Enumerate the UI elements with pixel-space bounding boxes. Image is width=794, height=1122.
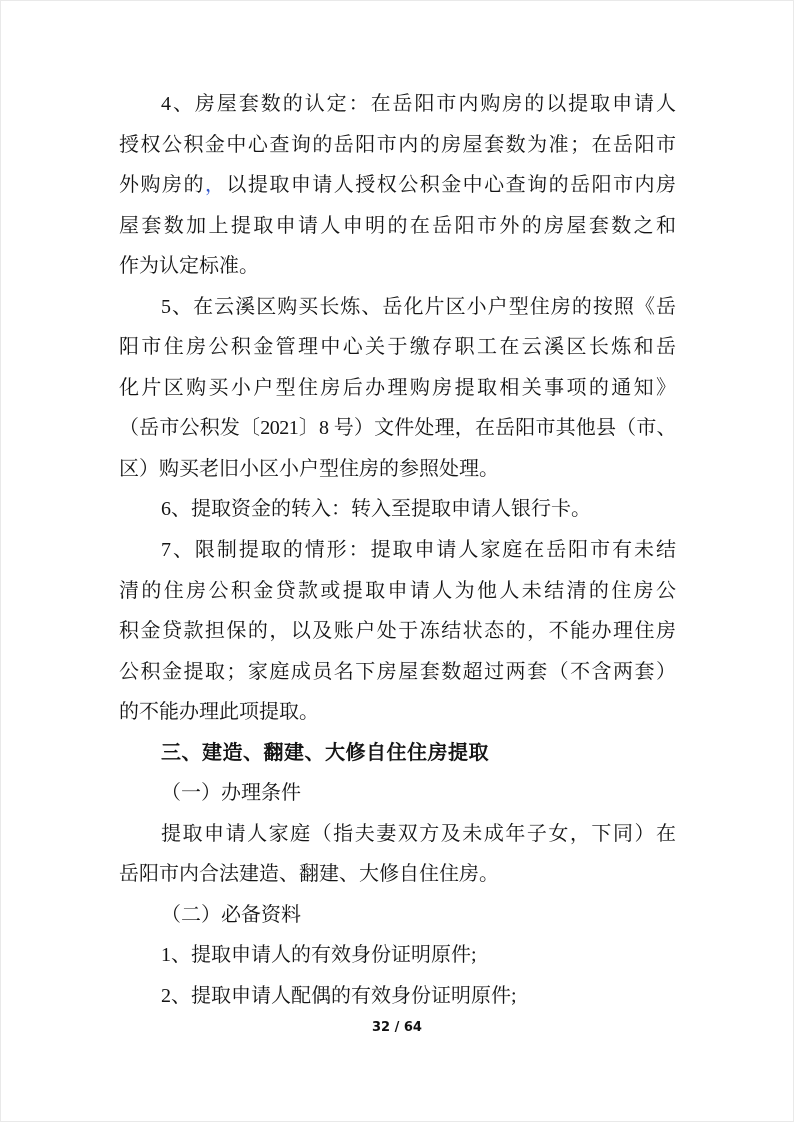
text-line: 4、房屋套数的认定：在岳阳市内购房的以提取申请人 (119, 84, 676, 125)
text-segment: 外购房的 (119, 174, 205, 196)
section-heading-line: 三、建造、翻建、大修自住住房提取 (119, 733, 676, 774)
text-line: 清的住房公积金贷款或提取申请人为他人未结清的住房公 (119, 571, 676, 612)
text-line: 1、提取申请人的有效身份证明原件; (119, 935, 676, 976)
text-line: 化片区购买小户型住房后办理购房提取相关事项的通知》 (119, 368, 676, 409)
text-line: 授权公积金中心查询的岳阳市内的房屋套数为准；在岳阳市 (119, 125, 676, 166)
text-line: （一）办理条件 (119, 773, 676, 814)
text-line: 区）购买老旧小区小户型住房的参照处理。 (119, 449, 676, 490)
text-line: 屋套数加上提取申请人申明的在岳阳市外的房屋套数之和 (119, 206, 676, 247)
text-line: 公积金提取；家庭成员名下房屋套数超过两套（不含两套） (119, 652, 676, 693)
text-line: 7、限制提取的情形：提取申请人家庭在岳阳市有未结 (119, 530, 676, 571)
text-line: （二）必备资料 (119, 895, 676, 936)
page-number: 32 / 64 (0, 1020, 794, 1035)
text-line: 阳市住房公积金管理中心关于缴存职工在云溪区长炼和岳 (119, 327, 676, 368)
text-line: 2、提取申请人配偶的有效身份证明原件; (119, 976, 676, 1017)
text-line: 提取申请人家庭（指夫妻双方及未成年子女，下同）在 (119, 814, 676, 855)
text-line: 的不能办理此项提取。 (119, 692, 676, 733)
text-line: 外购房的，以提取申请人授权公积金中心查询的岳阳市内房 (119, 165, 676, 206)
text-line: 积金贷款担保的，以及账户处于冻结状态的，不能办理住房 (119, 611, 676, 652)
document-page: 4、房屋套数的认定：在岳阳市内购房的以提取申请人 授权公积金中心查询的岳阳市内的… (0, 0, 794, 1122)
text-line: 作为认定标准。 (119, 246, 676, 287)
text-line: 6、提取资金的转入：转入至提取申请人银行卡。 (119, 489, 676, 530)
blue-comma: ， (205, 174, 226, 196)
text-line: 5、在云溪区购买长炼、岳化片区小户型住房的按照《岳 (119, 287, 676, 328)
text-line: 岳阳市内合法建造、翻建、大修自住住房。 (119, 854, 676, 895)
text-line: （岳市公积发〔2021〕8 号）文件处理，在岳阳市其他县（市、 (119, 408, 676, 449)
text-segment: 以提取申请人授权公积金中心查询的岳阳市内房 (226, 174, 676, 196)
document-body: 4、房屋套数的认定：在岳阳市内购房的以提取申请人 授权公积金中心查询的岳阳市内的… (119, 84, 676, 1017)
